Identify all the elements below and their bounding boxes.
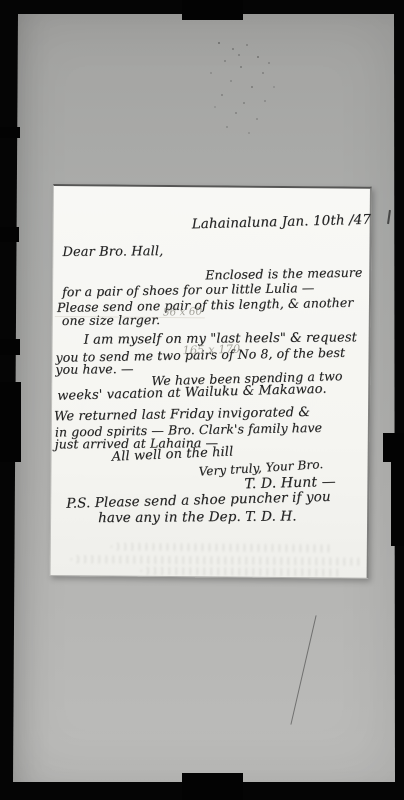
film-clip-right-1 [383, 433, 404, 462]
pencil-annotation: 56 x 60 [163, 306, 203, 319]
pencil-annotation: 165 x 170 [182, 342, 240, 358]
scratch-mark [387, 210, 391, 224]
film-clip-left-3 [0, 339, 20, 355]
film-clip-bottom [182, 773, 243, 800]
postscript-line: have any in the Dep. T. D. H. [98, 508, 297, 526]
dust-speckles [218, 42, 220, 44]
letter-dateline: Lahainaluna Jan. 10th /47 [191, 212, 371, 233]
film-clip-left-1 [0, 127, 20, 138]
bleedthrough-writing [141, 567, 341, 577]
film-clip-right-2 [391, 460, 404, 546]
bleedthrough-writing [111, 543, 331, 553]
letter-line: one size larger. [62, 312, 160, 328]
letter-line: weeks' vacation at Wailuku & Makawao. [57, 382, 327, 404]
film-clip-top [182, 0, 243, 20]
scratch-mark [290, 615, 316, 724]
photo-frame: Lahainaluna Jan. 10th /47 Dear Bro. Hall… [0, 0, 404, 800]
film-edge-step-left [0, 382, 21, 462]
bleedthrough-writing [71, 555, 361, 566]
letter-page: Lahainaluna Jan. 10th /47 Dear Bro. Hall… [50, 184, 372, 579]
letter-line: you have. — [55, 361, 133, 377]
film-clip-left-2 [0, 227, 19, 242]
letter-salutation: Dear Bro. Hall, [62, 244, 163, 260]
